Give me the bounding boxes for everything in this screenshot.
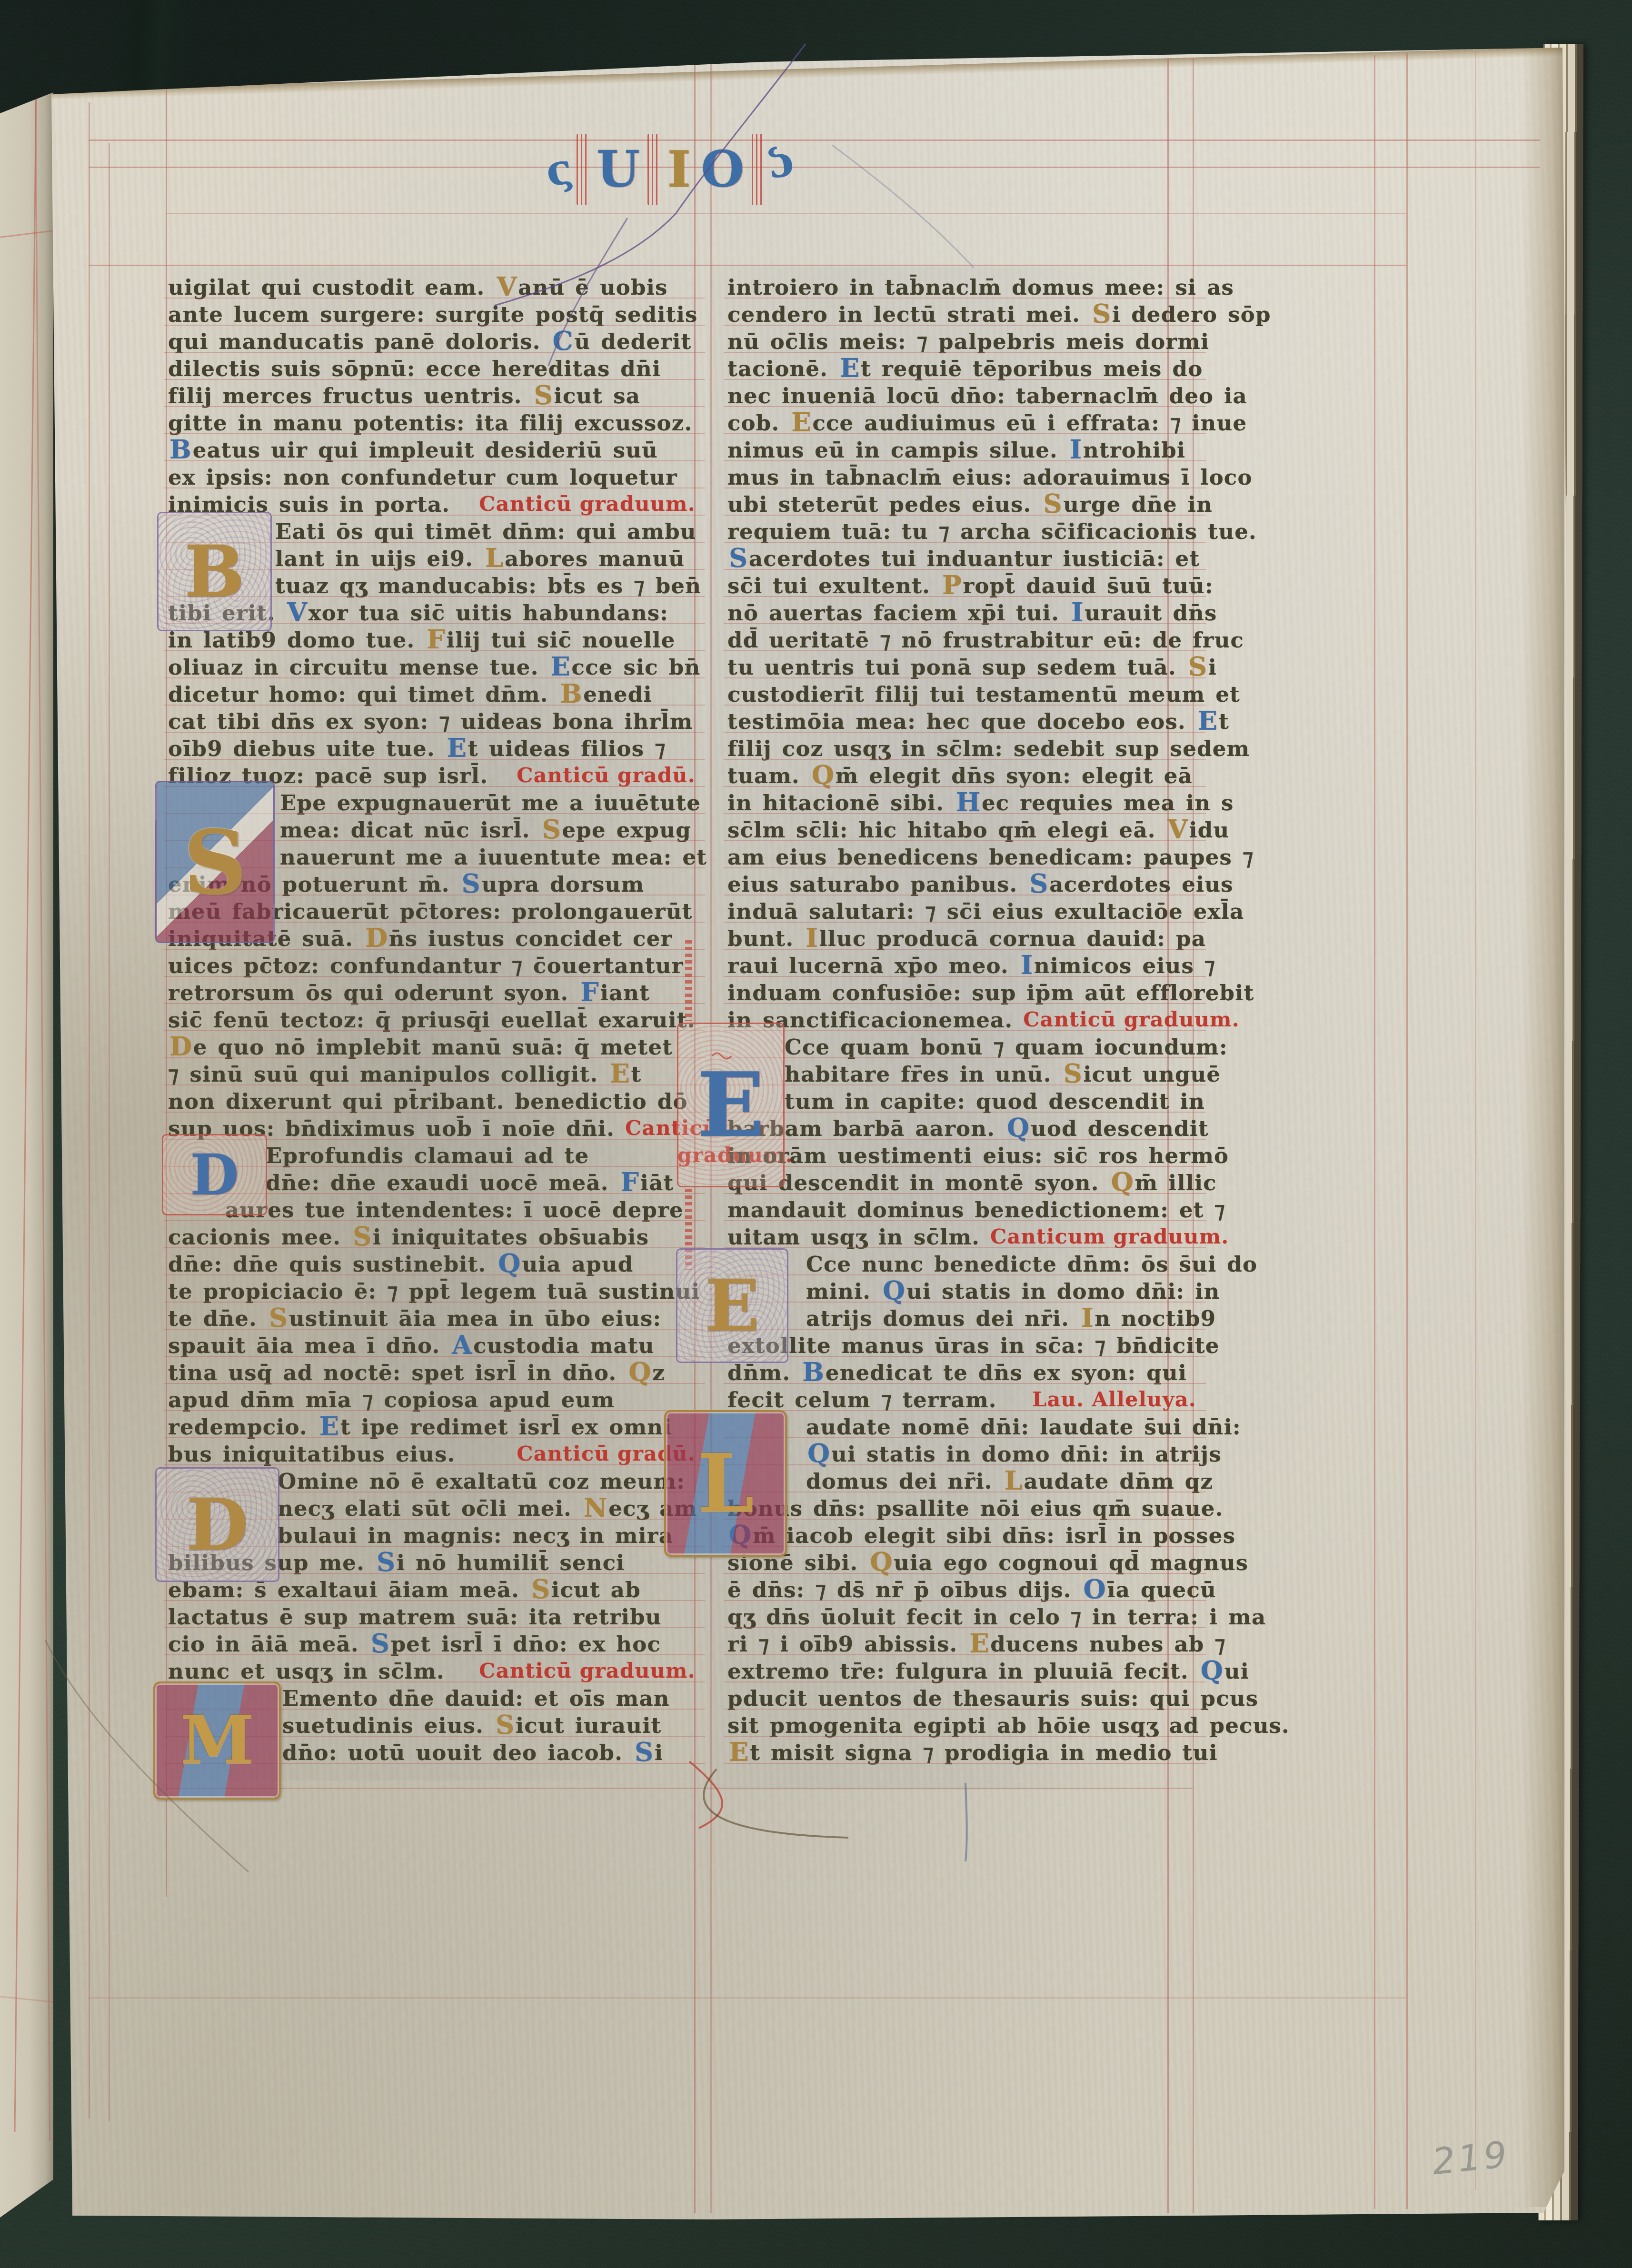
lombard-initial-blue: S: [460, 871, 481, 897]
rubric-text: Canticū graduum.: [479, 1658, 696, 1685]
ink-text: t requiē tēporibus meis do: [861, 355, 1203, 382]
ink-text: oliuaz in circuitu mense tue.: [168, 654, 549, 681]
ruling-line: [724, 705, 1206, 706]
ink-text: domus dei nr̄i.: [806, 1468, 1003, 1495]
ruling-line: [724, 379, 1206, 380]
lombard-initial-gold: B: [559, 681, 584, 707]
ruling-line: [164, 1464, 705, 1465]
lombard-initial-gold: E: [727, 1739, 750, 1765]
ink-text: filij merces fructus uentris.: [168, 382, 533, 409]
text-line: extollite manus ūras in sc̄a: ⁊ bn̄dicit…: [727, 1332, 1196, 1359]
ink-text: uia apud: [522, 1251, 633, 1278]
ruling-line: [164, 732, 705, 733]
ruling-line: [164, 1654, 705, 1655]
ink-text: tu uentris tui ponā sup sedem tuā.: [727, 654, 1187, 681]
ruling-line: [166, 1788, 1193, 1789]
text-line: requiem tuā: tu ⁊ archa sc̄ificacionis t…: [727, 518, 1196, 545]
text-line: cendero in lectū strati mei. Si dedero s…: [727, 301, 1196, 328]
paraph-flourish-icon: ς: [765, 143, 798, 196]
ink-text: t: [631, 1061, 641, 1088]
text-line: tina usq̄ ad noctē: spet isrl̄ in dn̄o. …: [168, 1359, 696, 1386]
lombard-initial-blue: I: [1019, 952, 1034, 978]
ruling-line: [164, 325, 705, 326]
ink-text: ec requies mea in s: [982, 789, 1234, 816]
ink-text: ubi steterūt pedes eius.: [727, 491, 1042, 518]
ruling-line: [724, 840, 1206, 841]
ruling-line: [724, 487, 1206, 488]
manuscript-page: ς U I O ς uigilat qui custodit eam. Vanū…: [0, 0, 1632, 2268]
text-line: induā salutari: ⁊ sc̄i eius exultaciōe e…: [727, 898, 1196, 925]
ruling-line: [724, 1356, 1206, 1357]
rubric-text: Canticū gradū.: [517, 762, 696, 789]
illuminated-initial-letter: E: [697, 1053, 764, 1157]
folio-number: 219: [1430, 2133, 1512, 2183]
lombard-initial-blue: Q: [1199, 1658, 1224, 1684]
ruling-line: [724, 759, 1206, 760]
illuminated-initial-letter: B: [184, 530, 245, 614]
ruling-line: [164, 1274, 705, 1275]
ruling-line: [1475, 51, 1476, 2190]
ink-text: e quo nō implebit manū suā: q̄ metet: [193, 1034, 673, 1061]
text-line: sc̄i tui exultent. Propt̄ dauid s̄uū tuū…: [727, 572, 1196, 599]
ink-text: requiem tuā: tu ⁊ archa sc̄ificacionis t…: [727, 518, 1257, 545]
running-title: ς U I O ς: [537, 117, 804, 222]
ink-text: acerdotes eius: [1049, 871, 1233, 898]
ink-text: Emento dn̄e dauid: et oīs man: [282, 1685, 670, 1712]
lombard-initial-gold: E: [790, 409, 812, 436]
rubric-text: Canticum graduum.: [990, 1224, 1229, 1251]
ink-text: ri ⁊ i oīb9 abissis.: [727, 1631, 968, 1658]
rubric-text: Canticū graduum.: [479, 491, 696, 518]
ink-text: nauerunt me a iuuentute mea: et: [280, 844, 707, 871]
ink-text: urauit dn̄s: [1085, 599, 1217, 627]
ruling-line: [724, 569, 1206, 570]
illuminated-initial: M: [153, 1681, 281, 1800]
illuminated-initial-letter: D: [190, 1142, 239, 1208]
ink-text: lluc producā cornua dauid: pa: [819, 925, 1206, 952]
text-line: am eius benedicens benedicam: paupes ⁊: [727, 844, 1196, 871]
lombard-initial-blue: H: [955, 789, 982, 816]
ink-text: enedicat te dn̄s ex syon: qui: [826, 1359, 1187, 1386]
ink-text: apud dn̄m mīa ⁊ copiosa apud eum: [168, 1386, 615, 1413]
text-line: oīb9 diebus uite tue. Et uideas filios ⁊: [168, 735, 696, 762]
text-line: filij merces fructus uentris. Sicut sa: [168, 382, 696, 409]
text-line: nec inueniā locū dn̄o: tabernaclm̄ deo i…: [727, 382, 1196, 409]
text-line: oliuaz in circuitu mense tue. Ecce sic b…: [168, 654, 696, 681]
ruling-line: [89, 139, 1540, 141]
text-line: nunc et usqʒ in sc̄lm. Canticū graduum.: [168, 1658, 696, 1685]
lombard-initial-gold: Q: [810, 762, 836, 788]
ink-text: m̄ iacob elegit sibi dn̄s: isrl̄ in poss…: [753, 1522, 1235, 1549]
ink-text: uia ego cognoui qd̄ magnus: [894, 1549, 1248, 1576]
ink-text: fecit celum ⁊ terram.: [727, 1386, 1007, 1413]
ink-text: testimōia mea: hec que docebo eos.: [727, 708, 1196, 735]
ruling-line: [724, 650, 1206, 651]
ink-text: Epe expugnauerūt me a iuuētute: [280, 789, 701, 816]
ink-text: ū dederit: [575, 328, 692, 355]
text-line: cio in āiā meā. Spet isrl̄ ī dn̄o: ex ho…: [168, 1631, 696, 1658]
lombard-initial-blue: F: [579, 979, 600, 1005]
ink-text: cendero in lectū strati mei.: [727, 301, 1091, 328]
text-line: audate nomē dn̄i: laudate s̄ui dn̄i:: [727, 1413, 1275, 1441]
text-line: induam confusiōe: sup ip̄m aūt efflorebi…: [727, 979, 1196, 1006]
ruling-line: [724, 1627, 1206, 1628]
text-line: uigilat qui custodit eam. Vanū ē uobis: [168, 274, 696, 301]
lombard-initial-gold: F: [425, 627, 446, 653]
lombard-initial-gold: D: [364, 925, 389, 951]
ink-text: suetudinis eius.: [282, 1712, 494, 1739]
ink-text: extremo tr̄e: fulgura in pluuiā fecit.: [727, 1658, 1199, 1685]
ruling-line: [724, 732, 1206, 733]
illuminated-initial-letter: D: [186, 1483, 248, 1567]
ink-text: iāt: [640, 1169, 674, 1196]
ink-text: cat tibi dn̄s ex syon: ⁊ uideas bona ihr…: [168, 708, 693, 735]
text-line: barbam barbā aaron. Quod descendit: [727, 1115, 1196, 1142]
ruling-line: [164, 298, 705, 298]
text-line: ubi steterūt pedes eius. Surge dn̄e in: [727, 491, 1196, 518]
lombard-initial-blue: S: [369, 1631, 391, 1657]
ruling-line: [724, 1763, 1206, 1764]
ink-text: nō auertas faciem xp̄i tui.: [727, 599, 1070, 627]
ink-text: uitam usqʒ in sc̄lm.: [727, 1224, 990, 1251]
ink-text: xor tua sic̄ uitis habundans:: [308, 599, 668, 627]
lombard-initial-blue: O: [1082, 1576, 1107, 1602]
text-line: introiero in tab̄naclm̄ domus mee: si as: [727, 274, 1196, 301]
ruling-line: [164, 1410, 705, 1411]
text-line: Et misit signa ⁊ prodigia in medio tui: [727, 1739, 1196, 1766]
text-line: dicetur homo: qui timet dn̄m. Benedi: [168, 681, 696, 708]
ruling-line: [724, 623, 1206, 624]
ruling-line: [164, 487, 705, 488]
illuminated-initial: D: [162, 1134, 267, 1215]
text-line: testimōia mea: hec que docebo eos. Et: [727, 708, 1196, 735]
ink-text: qʒ dn̄s ūoluit fecit in celo ⁊ in terra:…: [727, 1603, 1266, 1631]
ink-text: filij coz usqʒ in sc̄lm: sedebit sup sed…: [727, 735, 1250, 762]
text-line: ⁊ sinū suū qui manipulos colligit. Et: [168, 1061, 696, 1088]
ruling-line: [89, 265, 1406, 266]
ink-text: i: [655, 1739, 663, 1766]
paraph-flourish-icon: ς: [541, 143, 577, 197]
lombard-initial-gold: L: [1003, 1468, 1024, 1494]
text-line: qui manducatis panē doloris. Cū dederit: [168, 328, 696, 355]
ink-text: audate nomē dn̄i: laudate s̄ui dn̄i:: [806, 1413, 1241, 1441]
ruling-line: [164, 705, 705, 706]
lombard-initial-blue: S: [633, 1739, 655, 1765]
illuminated-initial: S: [155, 781, 275, 943]
ruling-line: [164, 650, 705, 651]
ink-text: abores manuū: [505, 545, 685, 572]
text-line: raui lucernā xp̄o meo. Inimicos eius ⁊: [727, 952, 1196, 979]
page-edge-stain: [50, 47, 1568, 100]
ink-text: retrorsum ōs qui oderunt syon.: [168, 979, 579, 1006]
ruling-line: [724, 1193, 1206, 1194]
ink-text: tum in capite: quod descendit in: [785, 1088, 1205, 1115]
ink-text: t ipe redimet isrl̄ ex omni: [340, 1413, 672, 1441]
ink-text: sc̄i tui exultent.: [727, 572, 941, 599]
ruling-line: [164, 433, 705, 434]
text-line: qui descendit in montē syon. Qm̄ illic: [727, 1169, 1196, 1196]
ink-text: icut sa: [554, 382, 641, 409]
lombard-initial-gold: V: [1166, 816, 1189, 843]
illuminated-initial-letter: L: [697, 1436, 754, 1531]
lombard-initial-gold: P: [941, 572, 963, 598]
illuminated-initial: D: [155, 1467, 279, 1582]
ink-text: dilectis suis sōpnū: ecce hereditas dn̄i: [168, 355, 661, 382]
illuminated-initial: L: [664, 1410, 787, 1557]
ruling-line: [724, 1383, 1206, 1384]
lombard-initial-gold: V: [495, 274, 518, 300]
ink-text: cce sic bn̄: [572, 654, 701, 681]
ink-text: n̄s iustus concidet cer: [389, 925, 673, 952]
ink-text: pducit uentos de thesauris suis: qui pcu…: [727, 1685, 1258, 1712]
ink-text: redempcio.: [168, 1413, 318, 1441]
ink-text: induā salutari: ⁊ sc̄i eius exultaciōe e…: [727, 898, 1244, 925]
text-line: Cce quam bonū ⁊ quam iocundum:: [727, 1034, 1254, 1061]
running-title-letter: U: [594, 134, 643, 205]
ruling-line: [724, 515, 1206, 516]
lombard-initial-blue: E: [1196, 708, 1219, 734]
ruling-line: [724, 1057, 1206, 1058]
ruling-line: [166, 79, 167, 1897]
ruling-line: [724, 596, 1206, 597]
ink-text: acerdotes tui induantur iusticiā: et: [749, 545, 1200, 572]
ruling-line: [0, 230, 53, 238]
ink-text: oīb9 diebus uite tue.: [168, 735, 446, 762]
text-line: dn̄m. Benedicat te dn̄s ex syon: qui: [727, 1359, 1196, 1386]
ink-text: gitte in manu potentis: ita filij excuss…: [168, 409, 692, 437]
ruling-line: [164, 1437, 705, 1438]
text-line: cacionis mee. Si iniquitates obs̄uabis: [168, 1224, 696, 1251]
text-line: cat tibi dn̄s ex syon: ⁊ uideas bona ihr…: [168, 708, 696, 735]
ink-text: qui descendit in montē syon.: [727, 1169, 1109, 1196]
lombard-initial-gold: S: [1042, 491, 1063, 517]
ink-text: necʒ elati sūt oc̄li mei.: [278, 1495, 582, 1522]
ruling-line: [35, 75, 50, 2141]
ruling-line: [724, 433, 1206, 434]
ink-text: nunc et usqʒ in sc̄lm.: [168, 1658, 455, 1685]
ink-text: lant in uijs ei9.: [275, 545, 484, 572]
ruling-line: [89, 167, 1540, 168]
ink-text: ex ipsis: non confundetur cum loquetur: [168, 464, 677, 491]
ruling-line: [724, 1519, 1206, 1520]
ink-text: mea: dicat nūc isrl̄.: [280, 816, 541, 844]
ink-text: enedi: [583, 681, 652, 708]
ink-text: urge dn̄e in: [1063, 491, 1213, 518]
ruling-line: [724, 949, 1206, 950]
text-line: atrijs domus dei nr̄i. In noctib9: [727, 1305, 1275, 1332]
running-title-letter: O: [698, 134, 747, 205]
ruling-line: [724, 1030, 1206, 1031]
ruling-line: [724, 298, 1206, 298]
ruling-line: [724, 1112, 1206, 1113]
ink-text: dd̄ ueritatē ⁊ nō frustrabitur eū: de fr…: [727, 627, 1244, 654]
text-line: Qui statis in domo dn̄i: in atrijs: [727, 1441, 1275, 1468]
ink-text: īa quecū: [1107, 1576, 1216, 1603]
lombard-initial-gold: S: [268, 1305, 289, 1331]
lombard-initial-gold: E: [608, 1061, 631, 1087]
manuscript-photo: ς U I O ς uigilat qui custodit eam. Vanū…: [0, 0, 1632, 2268]
ink-text: ⁊ sinū suū qui manipulos colligit.: [168, 1061, 608, 1088]
ink-text: ropt̄ dauid s̄uū tuū:: [963, 572, 1214, 599]
lombard-initial-blue: Q: [806, 1441, 831, 1467]
ruling-line: [724, 677, 1206, 678]
text-line: in orām uestimenti eius: sic̄ ros hermō: [727, 1142, 1196, 1169]
lombard-initial-blue: I: [1068, 437, 1083, 463]
ruling-line: [724, 1166, 1206, 1167]
ink-text: n noctib9: [1095, 1305, 1216, 1332]
ruling-line: [1374, 55, 1375, 2209]
ink-text: dn̄e: dn̄e exaudi uocē meā.: [266, 1169, 619, 1196]
lombard-initial-gold: Q: [868, 1549, 894, 1575]
illuminated-initial-letter: E: [705, 1264, 759, 1348]
text-line: habitare fr̄es in unū. Sicut unguē: [727, 1061, 1254, 1088]
text-line: dd̄ ueritatē ⁊ nō frustrabitur eū: de fr…: [727, 627, 1196, 654]
text-line: sc̄lm sc̄li: hic hitabo qm̄ elegi eā. Vi…: [727, 816, 1196, 844]
ink-text: spauit āia mea ī dn̄o.: [168, 1332, 450, 1359]
text-line: spauit āia mea ī dn̄o. Acustodia matu: [168, 1332, 696, 1359]
ink-text: bus iniquitatibus eius.: [168, 1441, 466, 1468]
ruling-line: [724, 867, 1206, 868]
ink-text: aures tue intendentes: ī uocē depre: [225, 1196, 684, 1224]
ruling-line: [89, 1997, 1406, 1999]
ink-text: Eati ōs qui timēt dn̄m: qui ambu: [275, 518, 697, 545]
ruling-line: [164, 1356, 705, 1357]
ink-text: ui: [1224, 1658, 1249, 1685]
ink-text: t uideas filios ⁊: [468, 735, 666, 762]
text-line: mandauit dominus benedictionem: et ⁊: [727, 1196, 1196, 1224]
text-line: bunt. Illuc producā cornua dauid: pa: [727, 925, 1196, 952]
ruling-line: [724, 352, 1206, 353]
ink-text: ui statis in domo dn̄i: in atrijs: [831, 1441, 1222, 1468]
lombard-initial-gold: D: [168, 1034, 193, 1060]
ink-text: am eius benedicens benedicam: paupes ⁊: [727, 844, 1254, 871]
text-line: sit pmogenita egipti ab hōie usqʒ ad pec…: [727, 1712, 1196, 1739]
ink-text: epe expug: [562, 816, 691, 844]
filigree-panel: [647, 134, 660, 205]
illuminated-initial: E: [677, 1023, 785, 1187]
lombard-initial-blue: E: [318, 1413, 340, 1440]
ruling-line: [724, 1709, 1206, 1710]
text-line: eius saturabo panibus. Sacerdotes eius: [727, 871, 1196, 898]
ruling-line: [164, 1084, 705, 1085]
text-line: cob. Ecce audiuimus eū i effrata: ⁊ inue: [727, 409, 1196, 437]
text-line: retrorsum ōs qui oderunt syon. Fiant: [168, 979, 696, 1006]
ruling-line: [164, 1247, 705, 1248]
ruling-line: [724, 460, 1206, 461]
ink-text: nimus eū in campis silue.: [727, 437, 1068, 464]
ruling-line: [724, 1546, 1206, 1547]
ink-text: ē dn̄s: ⁊ ds̄ nr̄ p̄ oībus dijs.: [727, 1576, 1082, 1603]
ink-text: ilij tui sic̄ nouelle: [447, 627, 676, 654]
ruling-line: [724, 976, 1206, 977]
ink-text: ui statis in domo dn̄i: in: [906, 1278, 1220, 1305]
ink-text: t: [1219, 708, 1229, 735]
ruling-line: [724, 1464, 1206, 1465]
ink-text: cacionis mee.: [168, 1224, 351, 1251]
ink-text: bulaui in magnis: necʒ in mira: [278, 1522, 673, 1549]
lombard-initial-blue: C: [551, 328, 575, 354]
ruling-line: [164, 1030, 705, 1031]
filigree-panel: [752, 134, 764, 205]
text-line: uitam usqʒ in sc̄lm. Canticum graduum.: [727, 1224, 1196, 1251]
rubric-text: Lau. Alleluya.: [1032, 1386, 1196, 1413]
ruling-line: [14, 85, 37, 2132]
ink-text: introiero in tab̄naclm̄ domus mee: si as: [727, 274, 1234, 301]
text-line: mini. Qui statis in domo dn̄i: in: [727, 1278, 1275, 1305]
lombard-initial-gold: Q: [1109, 1169, 1134, 1195]
ink-text: m̄ illic: [1134, 1169, 1216, 1196]
lombard-initial-gold: I: [804, 925, 819, 951]
text-line: Cce nunc benedicte dn̄m: ōs s̄ui do: [727, 1251, 1275, 1278]
text-line: te propiciacio ē: ⁊ ppt̄ legem tuā susti…: [168, 1278, 696, 1305]
ink-text: raui lucernā xp̄o meo.: [727, 952, 1019, 979]
ruling-line: [724, 1736, 1206, 1737]
ruling-line: [164, 1329, 705, 1330]
text-line: Sacerdotes tui induantur iusticiā: et: [727, 545, 1196, 572]
ink-text: cce audiuimus eū i effrata: ⁊ inue: [812, 409, 1247, 437]
ink-text: bunt.: [727, 925, 804, 952]
lombard-initial-blue: I: [1070, 599, 1085, 626]
ink-text: icut ab: [551, 1576, 641, 1603]
filigree-panel: [577, 134, 589, 205]
ink-text: Eprofundis clamaui ad te: [266, 1142, 599, 1169]
facing-page-edge: [0, 56, 53, 2232]
lombard-initial-gold: N: [582, 1495, 608, 1521]
text-line: te dn̄e. Sustinuit āia mea in ūbo eius:: [168, 1305, 696, 1332]
ink-text: nec inueniā locū dn̄o: tabernaclm̄ deo i…: [727, 382, 1247, 409]
ink-text: sc̄lm sc̄li: hic hitabo qm̄ elegi eā.: [727, 816, 1166, 844]
ruling-line: [164, 1383, 705, 1384]
ink-text: pet isrl̄ ī dn̄o: ex hoc: [391, 1631, 661, 1658]
ink-text: anū ē uobis: [518, 274, 667, 301]
ink-text: tuaz qʒ manducabis: bt̄s es ⁊ ben̄: [275, 572, 701, 599]
text-line: mus in tab̄naclm̄ eius: adorauimus ī loc…: [727, 464, 1196, 491]
ink-text: tacionē.: [727, 355, 838, 382]
lombard-initial-blue: V: [286, 599, 308, 626]
text-line: tuam. Qm̄ elegit dn̄s syon: elegit eā: [727, 762, 1196, 789]
text-line: ri ⁊ i oīb9 abissis. Educens nubes ab ⁊: [727, 1631, 1196, 1658]
ruling-line: [724, 1681, 1206, 1682]
ruling-line: [1406, 53, 1408, 2209]
ink-text: ustinuit āia mea in ūbo eius:: [289, 1305, 662, 1332]
ink-text: habitare fr̄es in unū.: [785, 1061, 1062, 1088]
ruling-line: [724, 1247, 1206, 1248]
ruling-line: [164, 949, 705, 950]
ink-text: i dedero sōp: [1112, 301, 1271, 328]
lombard-initial-gold: S: [1091, 301, 1112, 327]
ruling-line: [724, 1573, 1206, 1574]
ruling-line: [724, 1600, 1206, 1601]
lombard-initial-blue: A: [450, 1332, 473, 1358]
text-line: pducit uentos de thesauris suis: qui pcu…: [727, 1685, 1196, 1712]
text-line: nimus eū in campis silue. Introhibi: [727, 437, 1196, 464]
lombard-initial-blue: Q: [497, 1251, 522, 1277]
ruling-line: [164, 1302, 705, 1303]
text-line: bus iniquitatibus eius. Canticū gradū.: [168, 1441, 696, 1468]
text-line: lactatus ē sup matrem suā: ita retribu: [168, 1603, 696, 1631]
ruling-line: [724, 1084, 1206, 1085]
ruling-line: [164, 352, 705, 353]
ink-text: eius saturabo panibus.: [727, 871, 1028, 898]
ruling-line: [724, 922, 1206, 923]
running-title-letter: I: [665, 134, 694, 205]
ruling-line: [164, 677, 705, 678]
ink-text: ntrohibi: [1083, 437, 1185, 464]
ink-text: Omine nō ē exaltatū coz meum:: [278, 1468, 685, 1495]
lombard-initial-blue: B: [801, 1359, 826, 1385]
ink-text: mini.: [806, 1278, 881, 1305]
ink-text: qui manducatis panē doloris.: [168, 328, 551, 355]
